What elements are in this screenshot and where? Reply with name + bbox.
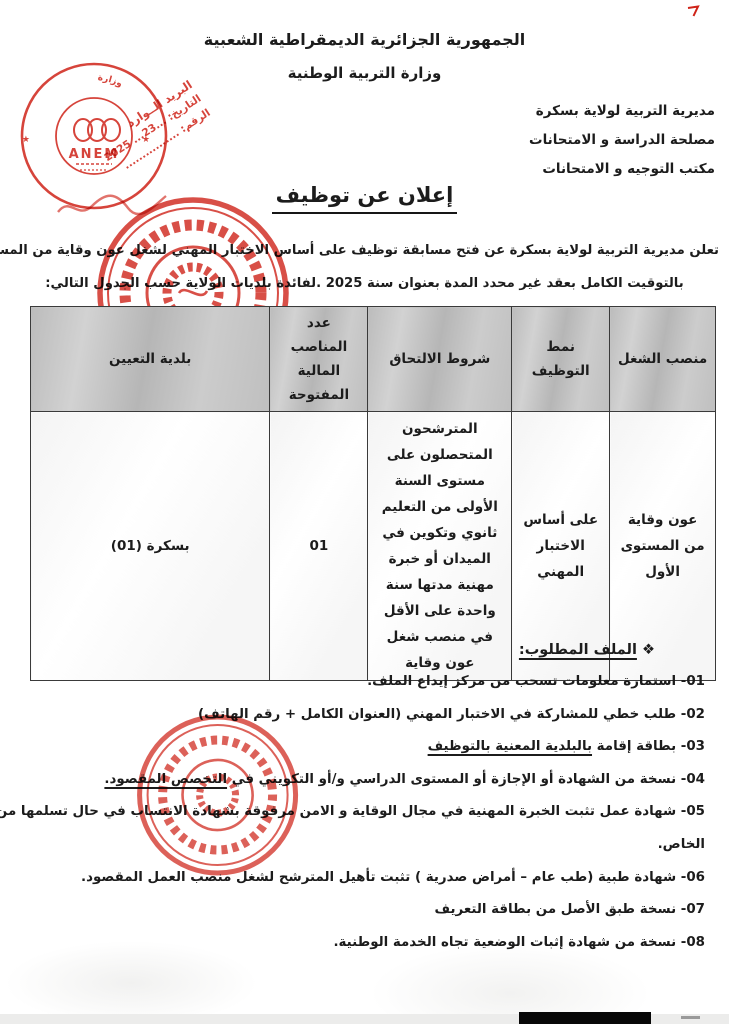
requirement-line-5: 05- شهادة عمل تثبت الخبرة المهنية في مجا… <box>14 796 705 829</box>
header-recruitment-mode: نمط التوظيف <box>512 307 610 412</box>
requirement-line-6: 06- شهادة طبية (طب عام – أمراض صدرية ) ت… <box>14 862 705 895</box>
registry-number: الرقم: ................ <box>111 105 215 181</box>
recruitment-table: منصب الشغل نمط التوظيف شروط الالتحاق عدد… <box>30 306 716 681</box>
requirement-line-3: 03- بطاقة إقامة بالبلدية المعنية بالتوظي… <box>14 731 705 764</box>
diamond-bullet-icon: ❖ <box>642 642 655 658</box>
header-entry-conditions: شروط الالتحاق <box>368 307 512 412</box>
directorate-line: مديرية التربية لولاية بسكرة <box>529 97 715 126</box>
svg-text:★: ★ <box>142 135 150 145</box>
intro-line-1: تعلن مديرية التربية لولاية بسكرة عن فتح … <box>10 234 719 267</box>
intro-line-2: بالتوقيت الكامل بعقد غير محدد المدة بعنو… <box>10 267 719 300</box>
table-header-row: منصب الشغل نمط التوظيف شروط الالتحاق عدد… <box>31 307 716 412</box>
cell-appointment-municipality: بسكرة (01) <box>31 412 270 681</box>
requirement-line-4: 04- نسخة من الشهادة أو الإجازة أو المستو… <box>14 764 705 797</box>
cell-recruitment-mode: على أساس الاختبار المهني <box>512 412 610 681</box>
requirements-section: ❖ الملف المطلوب: 01- استمارة معلومات تسح… <box>14 642 705 959</box>
intro-paragraph: تعلن مديرية التربية لولاية بسكرة عن فتح … <box>10 234 719 300</box>
requirement-line-8: 08- نسخة من شهادة إثبات الوضعية تجاه الخ… <box>14 927 705 960</box>
registry-note: البريد الــوارد التاريخ: ...23... 2025 ا… <box>92 77 214 181</box>
svg-text:★: ★ <box>22 135 30 145</box>
red-tick-icon <box>686 5 702 19</box>
scan-smudge <box>681 1016 700 1019</box>
cell-job-position: عون وقاية من المستوى الأول <box>610 412 716 681</box>
registry-incoming-mail: البريد الــوارد <box>92 77 196 153</box>
requirement-line-5-continued: الخاص. <box>14 829 705 862</box>
directorate-block: مديرية التربية لولاية بسكرة مصلحة الدراس… <box>529 97 715 184</box>
header-open-positions: عدد المناصب المالية المفتوحة <box>270 307 368 412</box>
redaction-bar <box>519 1012 651 1024</box>
scan-mark-icon <box>686 4 702 23</box>
requirement-line-1: 01- استمارة معلومات تسحب من مركز إيداع ا… <box>14 666 705 699</box>
page-title: إعلان عن توظيف <box>0 183 729 214</box>
office-line: مكتب التوجيه و الامتحانات <box>529 155 715 184</box>
requirement-line-2: 02- طلب خطي للمشاركة في الاختبار المهني … <box>14 699 705 732</box>
requirement-line-7: 07- نسخة طبق الأصل من بطاقة التعريف <box>14 894 705 927</box>
anem-label: ANEM <box>69 147 120 162</box>
department-line: مصلحة الدراسة و الامتحانات <box>529 126 715 155</box>
registry-date: التاريخ: ...23... 2025 <box>101 91 205 167</box>
requirements-title: ❖ الملف المطلوب: <box>14 642 655 658</box>
document-page: الجمهورية الجزائرية الديمقراطية الشعبية … <box>0 0 729 1024</box>
cell-entry-conditions: المترشحون المتحصلون على مستوى السنة الأو… <box>368 412 512 681</box>
ministry-header: وزارة التربية الوطنية <box>0 64 729 82</box>
national-header: الجمهورية الجزائرية الديمقراطية الشعبية <box>0 30 729 49</box>
table-row: عون وقاية من المستوى الأول على أساس الاخ… <box>31 412 716 681</box>
header-appointment-municipality: بلدية التعيين <box>31 307 270 412</box>
cell-open-positions: 01 <box>270 412 368 681</box>
header-job-position: منصب الشغل <box>610 307 716 412</box>
